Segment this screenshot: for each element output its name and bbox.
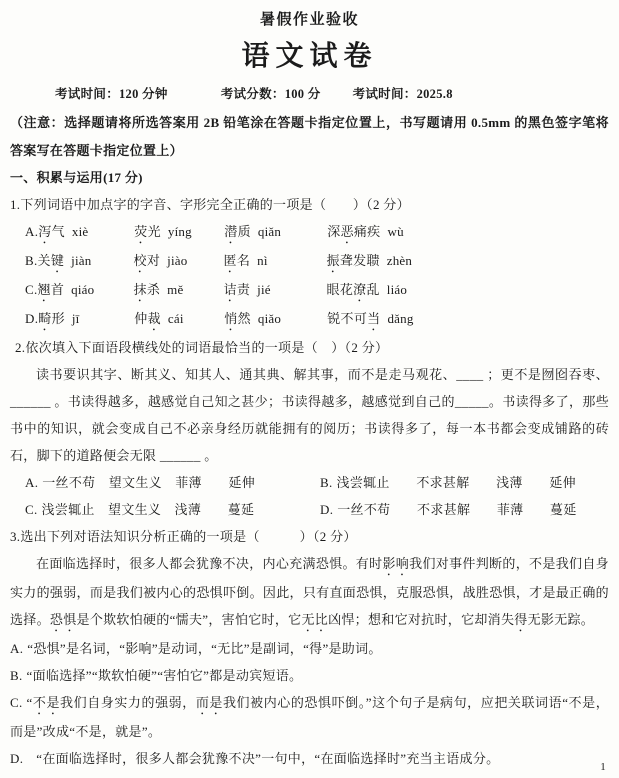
- q3-stem: 3.选出下列对语法知识分析正确的一项是（ ）（2 分）: [10, 523, 609, 550]
- word-pinyin-item: 关键jiàn: [38, 247, 134, 276]
- q2-option-b: B.浅尝辄止 不求甚解 浅薄 延伸: [320, 469, 576, 496]
- option-label: D.: [25, 305, 38, 334]
- dotted-word: 影响: [382, 556, 409, 571]
- pinyin: jiàn: [71, 253, 91, 268]
- option-label: C.: [25, 276, 38, 305]
- q2-passage: 读书要识其字、断其义、知其人、通其典、解其事，而不是走马观花、____ ；更不是…: [10, 361, 609, 469]
- option-label: D.: [10, 751, 23, 766]
- pinyin: jié: [257, 282, 271, 297]
- word-pinyin-item: 仲裁cái: [134, 305, 224, 334]
- pinyin: yíng: [168, 224, 192, 239]
- option-label: A.: [10, 641, 23, 656]
- word-pinyin-item: 翘首qiáo: [38, 276, 134, 305]
- word-pinyin-item: 抹杀mě: [134, 276, 224, 305]
- pinyin: jiào: [167, 253, 187, 268]
- notice-text: （注意：选择题请将所选答案用 2B 铅笔涂在答题卡指定位置上，书写题请用 0.5…: [10, 109, 609, 164]
- option-label: A.: [25, 475, 38, 490]
- q2-option-c: C.浅尝辄止 望文生义 浅薄 蔓延: [25, 496, 320, 523]
- dotted-word: 恐惧: [50, 612, 77, 627]
- option-text: 一丝不苟 不求甚解 菲薄 蔓延: [337, 502, 576, 517]
- word-pinyin-item: 深恶痛疾wù: [327, 218, 609, 247]
- dotted-word: 不是: [33, 695, 60, 710]
- option-text: “面临选择”“欺软怕硬”“害怕它”都是动宾短语。: [27, 668, 303, 683]
- dotted-char: 潜: [224, 224, 237, 239]
- section-heading: 一、积累与运用(17 分): [10, 164, 609, 191]
- pinyin: cái: [168, 311, 184, 326]
- pinyin: liáo: [387, 282, 407, 297]
- dotted-char: 泻: [38, 224, 51, 239]
- word-pinyin-item: 诘责jié: [224, 276, 327, 305]
- q2-stem: 2.依次填入下面语段横线处的词语最恰当的一项是（ ）（2 分）: [10, 334, 609, 361]
- option-label: B.: [320, 475, 333, 490]
- option-label: A.: [25, 218, 38, 247]
- word-pinyin-item: 锐不可当dǎng: [327, 305, 609, 334]
- dotted-char: 振: [327, 253, 340, 268]
- pinyin: qiǎn: [258, 224, 281, 239]
- dotted-char: 恶: [341, 224, 354, 239]
- dotted-char: 诘: [224, 282, 237, 297]
- option-text: 一丝不苟 望文生义 菲薄 延伸: [42, 475, 255, 490]
- exam-duration: 考试时间：120 分钟: [55, 81, 168, 107]
- exam-score: 考试分数：100 分: [221, 81, 321, 107]
- option-label: C.: [25, 502, 38, 517]
- q1-option-b: B. 关键jiàn 校对jiào 匿名nì 振聋发聩zhèn: [10, 247, 609, 276]
- q3-option-b: B.“面临选择”“欺软怕硬”“害怕它”都是动宾短语。: [10, 662, 609, 689]
- word-pinyin-item: 匿名nì: [224, 247, 327, 276]
- word-pinyin-item: 悄然qiǎo: [224, 305, 327, 334]
- pinyin: nì: [257, 253, 268, 268]
- option-label: C.: [10, 695, 23, 710]
- q1-option-a: A. 泻气xiè 荧光yíng 潜质qiǎn 深恶痛疾wù: [10, 218, 609, 247]
- q2-option-a: A.一丝不苟 望文生义 菲薄 延伸: [25, 469, 320, 496]
- q1-option-d: D. 畸形jī 仲裁cái 悄然qiǎo 锐不可当dǎng: [10, 305, 609, 334]
- dotted-char: 畸: [38, 311, 51, 326]
- dotted-char: 键: [51, 253, 64, 268]
- option-text: 浅尝辄止 望文生义 浅薄 蔓延: [42, 502, 255, 517]
- word-pinyin-item: 眼花潦乱liáo: [327, 276, 609, 305]
- q3-passage: 在面临选择时，很多人都会犹豫不决，内心充满恐惧。有时影响我们对事件判断的，不是我…: [10, 550, 609, 635]
- pinyin: xiè: [72, 224, 88, 239]
- pinyin: jī: [72, 311, 80, 326]
- option-label: B.: [25, 247, 38, 276]
- exam-info-row: 考试时间：120 分钟 考试分数：100 分 考试时间：2025.8: [10, 81, 609, 107]
- option-text: “恐惧”是名词，“影响”是动词，“无比”是副词，“得”是助词。: [27, 641, 381, 656]
- q2-options-row-1: A.一丝不苟 望文生义 菲薄 延伸 B.浅尝辄止 不求甚解 浅薄 延伸: [10, 469, 609, 496]
- exam-date: 考试时间：2025.8: [353, 81, 453, 107]
- pinyin: qiáo: [71, 282, 94, 297]
- word-pinyin-item: 校对jiào: [134, 247, 224, 276]
- pinyin: qiǎo: [258, 311, 281, 326]
- dotted-char: 荧: [134, 224, 147, 239]
- pinyin: dǎng: [387, 311, 413, 326]
- q2-option-d: D.一丝不苟 不求甚解 菲薄 蔓延: [320, 496, 577, 523]
- option-text: “在面临选择时，很多人都会犹豫不决”一句中，“在面临选择时”充当主语成分。: [36, 751, 499, 766]
- q2-options-row-2: C.浅尝辄止 望文生义 浅薄 蔓延 D.一丝不苟 不求甚解 菲薄 蔓延: [10, 496, 609, 523]
- dotted-char: 悄: [224, 311, 237, 326]
- pinyin: zhèn: [387, 253, 412, 268]
- exam-paper-page: 暑假作业验收 语文试卷 考试时间：120 分钟 考试分数：100 分 考试时间：…: [0, 0, 619, 778]
- word-pinyin-item: 振聋发聩zhèn: [327, 247, 609, 276]
- word-pinyin-item: 潜质qiǎn: [224, 218, 327, 247]
- paper-subtitle: 暑假作业验收: [10, 8, 609, 32]
- dotted-char: 当: [367, 311, 380, 326]
- pinyin: mě: [167, 282, 183, 297]
- q3-option-d: D.“在面临选择时，很多人都会犹豫不决”一句中，“在面临选择时”充当主语成分。: [10, 745, 609, 772]
- dotted-char: 匿: [224, 253, 237, 268]
- dotted-word: 无比: [301, 612, 328, 627]
- dotted-char: 裁: [148, 311, 161, 326]
- option-label: B.: [10, 668, 23, 683]
- q3-option-c: C.“不是我们自身实力的强弱，而是我们被内心的恐惧吓倒。”这个句子是病句，应把关…: [10, 689, 609, 745]
- dotted-word: 得: [514, 612, 527, 627]
- pinyin: wù: [387, 224, 403, 239]
- word-pinyin-item: 畸形jī: [38, 305, 134, 334]
- dotted-char: 潦: [353, 282, 366, 297]
- dotted-char: 抹: [134, 282, 147, 297]
- option-label: D.: [320, 502, 333, 517]
- dotted-char: 翘: [38, 282, 51, 297]
- option-text: 浅尝辄止 不求甚解 浅薄 延伸: [337, 475, 576, 490]
- word-pinyin-item: 泻气xiè: [38, 218, 134, 247]
- page-number: 1: [600, 760, 606, 774]
- word-pinyin-item: 荧光yíng: [134, 218, 224, 247]
- paper-title: 语文试卷: [10, 36, 609, 78]
- q1-stem: 1.下列词语中加点字的字音、字形完全正确的一项是（ ）（2 分）: [10, 191, 609, 218]
- dotted-word: 而是: [196, 695, 223, 710]
- dotted-char: 校: [134, 253, 147, 268]
- q3-option-a: A.“恐惧”是名词，“影响”是动词，“无比”是副词，“得”是助词。: [10, 635, 609, 662]
- q1-option-c: C. 翘首qiáo 抹杀mě 诘责jié 眼花潦乱liáo: [10, 276, 609, 305]
